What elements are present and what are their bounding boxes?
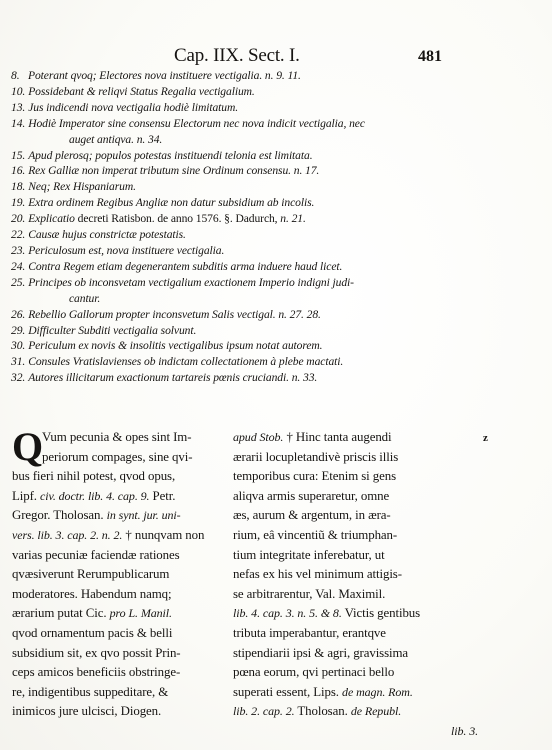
summary-item-number: 14.	[11, 116, 25, 132]
summary-item: 30.Periculum ex novis & insolitis vectig…	[11, 338, 451, 354]
summary-item-number: 32.	[11, 370, 25, 386]
summary-item-number: 31.	[11, 354, 25, 370]
text-line: lib. 3.	[233, 722, 478, 742]
summary-item: 24.Contra Regem etiam degenerantem subdi…	[11, 259, 451, 275]
summary-item-number: 13.	[11, 100, 25, 116]
body-text-span: Gregor. Tholosan.	[12, 508, 107, 522]
citation-text: lib. 2. cap. 2.	[233, 704, 295, 718]
body-text-span: Victis gentibus	[342, 606, 420, 620]
summary-item-text: Jus indicendi nova vectigalia hodiè limi…	[28, 101, 238, 114]
text-line: ceps amicos beneficiis obstringe-	[12, 663, 252, 683]
body-text-span: Lipf.	[12, 489, 40, 503]
text-line: pœna eorum, qvi pertinaci bello	[233, 663, 478, 683]
body-text-span: subsidium sit, ex qvo possit Prin-	[12, 646, 181, 660]
text-line: moderatores. Habendum namq;	[12, 585, 252, 605]
drop-cap: Q	[12, 429, 43, 465]
summary-item-number: 26.	[11, 307, 25, 323]
summary-item: 16.Rex Galliæ non imperat tributum sine …	[11, 163, 451, 179]
text-line: tributa imperabantur, erantqve	[233, 624, 478, 644]
body-text-span: Tholosan.	[295, 704, 351, 718]
summary-item-number: 22.	[11, 227, 25, 243]
summary-item: 18.Neq; Rex Hispaniarum.	[11, 179, 451, 195]
summary-item: 32.Autores illicitarum exactionum tartar…	[11, 370, 451, 386]
margin-note-mark: z	[483, 432, 488, 444]
body-text-span: tium integritate inferebatur, ut	[233, 548, 385, 562]
summary-item-number: 10.	[11, 84, 25, 100]
summary-item-number: 19.	[11, 195, 25, 211]
text-line: temporibus cura: Etenim si gens	[233, 467, 478, 487]
summary-item: 20.Explicatio decreti Ratisbon. de anno …	[11, 211, 451, 227]
body-text-span: tributa imperabantur, erantqve	[233, 626, 386, 640]
summary-item: 19.Extra ordinem Regibus Angliæ non datu…	[11, 195, 451, 211]
page-number: 481	[418, 48, 442, 66]
summary-item-text: Periculum ex novis & insolitis vectigali…	[28, 339, 322, 352]
summary-item-text: Poterant qvoq; Electores nova instituere…	[28, 69, 301, 82]
summary-item-text: Explicatio	[28, 212, 75, 225]
text-line: se arbitrarentur, Val. Maximil.	[233, 585, 478, 605]
text-line: nefas ex his vel minimum attigis-	[233, 565, 478, 585]
body-text-span: aliqva armis superaretur, omne	[233, 489, 389, 503]
citation-text: pro L. Manil.	[110, 606, 172, 620]
summary-item-text: Hodiè Imperator sine consensu Electorum …	[28, 117, 365, 130]
summary-item-number: 29.	[11, 323, 25, 339]
summary-item-text: Principes ob inconsvetam vectigalium exa…	[28, 276, 354, 289]
summary-item: 25.Principes ob inconsvetam vectigalium …	[11, 275, 451, 307]
text-line: qvod ornamentum pacis & belli	[12, 624, 252, 644]
text-line: ærarii locupletandivè priscis illis	[233, 448, 478, 468]
citation-text: de magn. Rom.	[342, 685, 413, 699]
summary-item: 26.Rebellio Gallorum propter inconsvetum…	[11, 307, 451, 323]
citation-text: vers. lib. 3. cap. 2. n. 2.	[12, 528, 122, 542]
summary-item-reference: n. 21.	[280, 212, 306, 225]
summary-item: 14.Hodiè Imperator sine consensu Elector…	[11, 116, 451, 148]
body-text-span: ærarium putat Cic.	[12, 606, 110, 620]
text-line: aliqva armis superaretur, omne	[233, 487, 478, 507]
summary-item-text: Possidebant & reliqvi Status Regalia vec…	[28, 85, 255, 98]
body-text-span: † nunqvam non	[122, 528, 204, 542]
body-text-span: bus fieri nihil potest, qvod opus,	[12, 469, 175, 483]
summary-item-roman-text: decreti Ratisbon. de anno 1576. §. Dadur…	[75, 212, 280, 225]
body-text-span: periorum compages, sine qvi-	[42, 450, 192, 464]
body-text-span: æs, aurum & argentum, in æra-	[233, 508, 391, 522]
body-text-span: pœna eorum, qvi pertinaci bello	[233, 665, 394, 679]
summary-item-text: Rex Galliæ non imperat tributum sine Ord…	[28, 164, 319, 177]
body-text-span: qvod ornamentum pacis & belli	[12, 626, 172, 640]
text-line: vers. lib. 3. cap. 2. n. 2. † nunqvam no…	[12, 526, 252, 546]
body-text-span: superati essent, Lips.	[233, 685, 342, 699]
summary-item-number: 15.	[11, 148, 25, 164]
body-text-span: re, indigentibus suppeditare, &	[12, 685, 168, 699]
text-line: inimicos jure ulcisci, Diogen.	[12, 702, 252, 722]
text-line: periorum compages, sine qvi-	[12, 448, 252, 468]
text-line: re, indigentibus suppeditare, &	[12, 683, 252, 703]
summary-item: 22.Causæ hujus constrictæ potestatis.	[11, 227, 451, 243]
text-line: Gregor. Tholosan. in synt. jur. uni-	[12, 506, 252, 526]
summary-item-number: 24.	[11, 259, 25, 275]
body-text-span: moderatores. Habendum namq;	[12, 587, 171, 601]
body-text-span: Petr.	[149, 489, 175, 503]
chapter-summary-list: 8.Poterant qvoq; Electores nova institue…	[11, 68, 451, 386]
text-line: ærarium putat Cic. pro L. Manil.	[12, 604, 252, 624]
citation-text: civ. doctr. lib. 4. cap. 9.	[40, 489, 149, 503]
summary-item: 23.Periculosum est, nova instituere vect…	[11, 243, 451, 259]
body-text-span: inimicos jure ulcisci, Diogen.	[12, 704, 161, 718]
summary-item-text: Consules Vratislavienses ob indictam col…	[28, 355, 343, 368]
citation-text: in synt. jur. uni-	[107, 508, 181, 522]
book-page: Cap. IIX. Sect. I. 481 8.Poterant qvoq; …	[0, 0, 552, 750]
text-line: lib. 4. cap. 3. n. 5. & 8. Victis gentib…	[233, 604, 478, 624]
summary-item-text: Apud plerosq; populos potestas instituen…	[28, 149, 312, 162]
summary-item: 10.Possidebant & reliqvi Status Regalia …	[11, 84, 451, 100]
summary-item-text: Autores illicitarum exactionum tartareis…	[28, 371, 317, 384]
summary-item-text: Causæ hujus constrictæ potestatis.	[28, 228, 186, 241]
body-text-span: stipendiarii ipsi & agri, gravissima	[233, 646, 408, 660]
citation-text: lib. 4. cap. 3. n. 5. & 8.	[233, 606, 342, 620]
text-line: æs, aurum & argentum, in æra-	[233, 506, 478, 526]
text-line: stipendiarii ipsi & agri, gravissima	[233, 644, 478, 664]
summary-item-continuation: cantur.	[11, 291, 451, 307]
text-line: lib. 2. cap. 2. Tholosan. de Republ.	[233, 702, 478, 722]
citation-text: de Republ.	[351, 704, 401, 718]
summary-item-text: Periculosum est, nova instituere vectiga…	[28, 244, 224, 257]
summary-item-number: 30.	[11, 338, 25, 354]
summary-item-number: 20.	[11, 211, 25, 227]
body-text-span: † Hinc tanta augendi	[283, 430, 391, 444]
left-column: Q Vum pecunia & opes sint Im-periorum co…	[12, 428, 252, 722]
page-header: Cap. IIX. Sect. I. 481	[0, 45, 552, 69]
text-line: Lipf. civ. doctr. lib. 4. cap. 9. Petr.	[12, 487, 252, 507]
summary-item: 15.Apud plerosq; populos potestas instit…	[11, 148, 451, 164]
body-text-span: ærarii locupletandivè priscis illis	[233, 450, 398, 464]
summary-item-text: Neq; Rex Hispaniarum.	[28, 180, 136, 193]
body-text-span: nefas ex his vel minimum attigis-	[233, 567, 402, 581]
citation-text: apud Stob.	[233, 430, 283, 444]
summary-item-text: Rebellio Gallorum propter inconsvetum Sa…	[28, 308, 321, 321]
text-line: rium, eâ vincentiũ & triumphan-	[233, 526, 478, 546]
summary-item-text: Contra Regem etiam degenerantem subditis…	[28, 260, 342, 273]
body-text-span: varias pecuniæ faciendæ rationes	[12, 548, 180, 562]
text-line: apud Stob. † Hinc tanta augendi	[233, 428, 478, 448]
running-title: Cap. IIX. Sect. I.	[174, 45, 300, 67]
text-line: bus fieri nihil potest, qvod opus,	[12, 467, 252, 487]
summary-item-text: Difficulter Subditi vectigalia solvunt.	[28, 324, 196, 337]
summary-item-number: 16.	[11, 163, 25, 179]
right-column: apud Stob. † Hinc tanta augendiærarii lo…	[233, 428, 478, 742]
summary-item: 31.Consules Vratislavienses ob indictam …	[11, 354, 451, 370]
text-line: Vum pecunia & opes sint Im-	[12, 428, 252, 448]
text-line: qvæsiverunt Rerumpublicarum	[12, 565, 252, 585]
summary-item: 13.Jus indicendi nova vectigalia hodiè l…	[11, 100, 451, 116]
text-line: superati essent, Lips. de magn. Rom.	[233, 683, 478, 703]
body-text-span: se arbitrarentur, Val. Maximil.	[233, 587, 385, 601]
summary-item-text: Extra ordinem Regibus Angliæ non datur s…	[28, 196, 314, 209]
body-text-span: rium, eâ vincentiũ & triumphan-	[233, 528, 397, 542]
citation-text: lib. 3.	[451, 724, 478, 738]
text-line: varias pecuniæ faciendæ rationes	[12, 546, 252, 566]
body-text-span: Vum pecunia & opes sint Im-	[42, 430, 191, 444]
body-text-span: temporibus cura: Etenim si gens	[233, 469, 396, 483]
summary-item-number: 23.	[11, 243, 25, 259]
body-text-span: qvæsiverunt Rerumpublicarum	[12, 567, 169, 581]
summary-item-number: 25.	[11, 275, 25, 291]
summary-item-continuation: auget antiqva. n. 34.	[11, 132, 451, 148]
text-line: tium integritate inferebatur, ut	[233, 546, 478, 566]
summary-item-number: 8.	[11, 68, 25, 84]
summary-item: 8.Poterant qvoq; Electores nova institue…	[11, 68, 451, 84]
body-text-span: ceps amicos beneficiis obstringe-	[12, 665, 180, 679]
summary-item: 29.Difficulter Subditi vectigalia solvun…	[11, 323, 451, 339]
summary-item-number: 18.	[11, 179, 25, 195]
text-line: subsidium sit, ex qvo possit Prin-	[12, 644, 252, 664]
